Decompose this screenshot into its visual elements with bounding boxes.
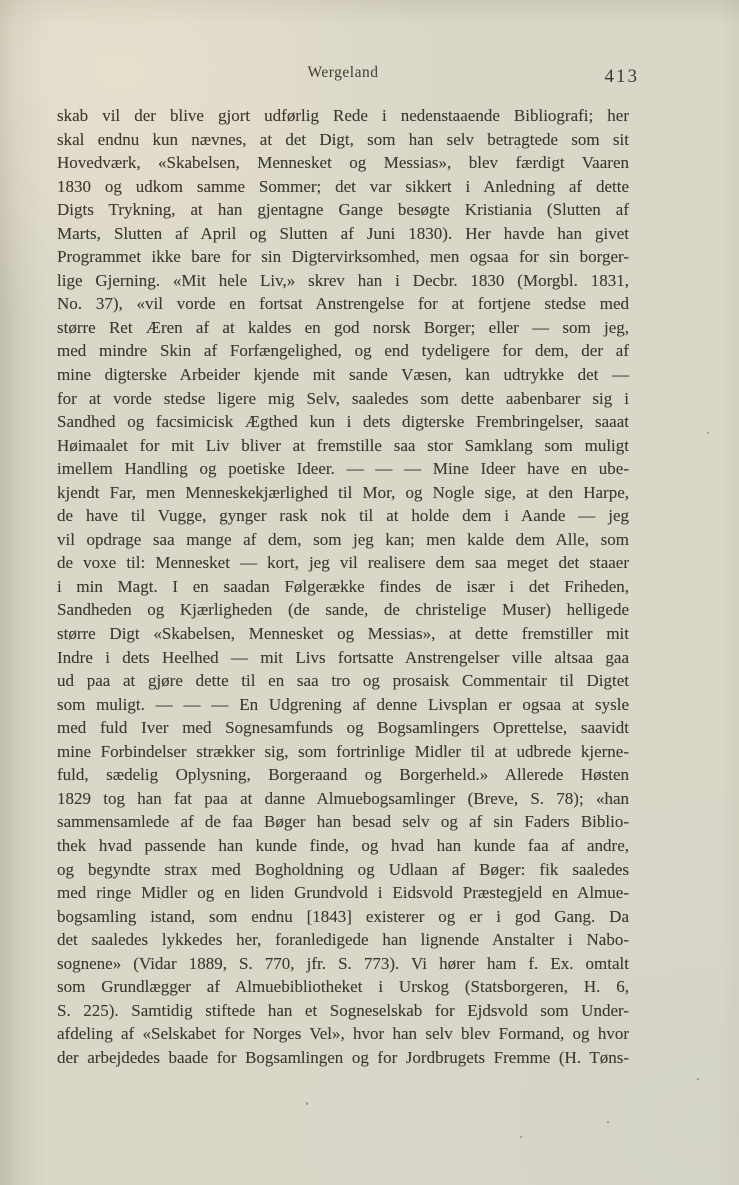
body-text: skab vil der blive gjort udførlig Rede i… bbox=[57, 104, 629, 1069]
text-line: skal endnu kun nævnes, at det Digt, som … bbox=[57, 128, 629, 152]
text-line: for at vorde stedse ligere mig Selv, saa… bbox=[57, 387, 629, 411]
paper-speck bbox=[520, 1136, 522, 1138]
paper-speck bbox=[707, 432, 709, 434]
text-line: sognene» (Vidar 1889, S. 770, jfr. S. 77… bbox=[57, 952, 629, 976]
text-line: 1829 tog han fat paa at danne Almuebogsa… bbox=[57, 787, 629, 811]
text-line: de voxe til: Mennesket — kort, jeg vil r… bbox=[57, 551, 629, 575]
paper-speck bbox=[306, 1102, 308, 1105]
text-line: Programmet ikke bare for sin Digtervirks… bbox=[57, 245, 629, 269]
text-line: som muligt. — — — En Udgrening af denne … bbox=[57, 693, 629, 717]
text-line: lige Gjerning. «Mit hele Liv,» skrev han… bbox=[57, 269, 629, 293]
text-line: med mindre Skin af Forfængelighed, og en… bbox=[57, 339, 629, 363]
text-line: det saaledes lykkedes her, foranledigede… bbox=[57, 928, 629, 952]
running-head: Wergeland bbox=[57, 64, 629, 82]
text-line: Marts, Slutten af April og Slutten af Ju… bbox=[57, 222, 629, 246]
text-line: fuld, sædelig Oplysning, Borgeraand og B… bbox=[57, 763, 629, 787]
text-line: i min Magt. I en saadan Følgerække finde… bbox=[57, 575, 629, 599]
text-line: og begyndte strax med Bogholdning og Udl… bbox=[57, 858, 629, 882]
paper-speck bbox=[160, 898, 162, 900]
paper-speck bbox=[697, 1078, 699, 1080]
text-line: Digts Trykning, at han gjentagne Gange b… bbox=[57, 198, 629, 222]
text-line: som Grundlægger af Almuebibliotheket i U… bbox=[57, 975, 629, 999]
text-line: der arbejdedes baade for Bogsamlingen og… bbox=[57, 1046, 629, 1070]
text-line: thek hvad passende han kunde finde, og h… bbox=[57, 834, 629, 858]
text-line: vil opdrage saa mange af dem, som jeg ka… bbox=[57, 528, 629, 552]
paper-speck bbox=[607, 1121, 609, 1123]
text-line: mine Forbindelser strækker sig, som fort… bbox=[57, 740, 629, 764]
text-line: ud paa at gjøre dette til en saa tro og … bbox=[57, 669, 629, 693]
text-line: Hovedværk, «Skabelsen, Mennesket og Mess… bbox=[57, 151, 629, 175]
text-line: afdeling af «Selskabet for Norges Vel», … bbox=[57, 1022, 629, 1046]
paper-speck bbox=[517, 147, 519, 149]
book-page: Wergeland 413 skab vil der blive gjort u… bbox=[0, 0, 739, 1185]
text-line: bogsamling istand, som endnu [1843] exis… bbox=[57, 905, 629, 929]
text-line: Sandhed og facsimicisk Ægthed kun i dets… bbox=[57, 410, 629, 434]
text-line: sammensamlede af de faa Bøger han besad … bbox=[57, 810, 629, 834]
text-line: med fuld Iver med Sognesamfunds og Bogsa… bbox=[57, 716, 629, 740]
text-line: mine digterske Arbeider kjende mit sande… bbox=[57, 363, 629, 387]
text-line: kjendt Far, men Menneskekjærlighed til M… bbox=[57, 481, 629, 505]
text-line: skab vil der blive gjort udførlig Rede i… bbox=[57, 104, 629, 128]
text-line: større Digt «Skabelsen, Mennesket og Mes… bbox=[57, 622, 629, 646]
text-line: Indre i dets Heelhed — mit Livs fortsatt… bbox=[57, 646, 629, 670]
text-line: imellem Handling og poetiske Ideer. — — … bbox=[57, 457, 629, 481]
text-line: større Ret Æren af at kaldes en god nors… bbox=[57, 316, 629, 340]
text-line: de have til Vugge, gynger rask nok til a… bbox=[57, 504, 629, 528]
text-line: med ringe Midler og en liden Grundvold i… bbox=[57, 881, 629, 905]
page-number: 413 bbox=[605, 66, 640, 88]
text-line: No. 37), «vil vorde en fortsat Anstrenge… bbox=[57, 292, 629, 316]
text-line: S. 225). Samtidig stiftede han et Sognes… bbox=[57, 999, 629, 1023]
text-line: 1830 og udkom samme Sommer; det var sikk… bbox=[57, 175, 629, 199]
text-line: Sandheden og Kjærligheden (de sande, de … bbox=[57, 598, 629, 622]
text-line: Høimaalet for mit Liv bliver at fremstil… bbox=[57, 434, 629, 458]
page-header: Wergeland 413 bbox=[57, 63, 629, 93]
